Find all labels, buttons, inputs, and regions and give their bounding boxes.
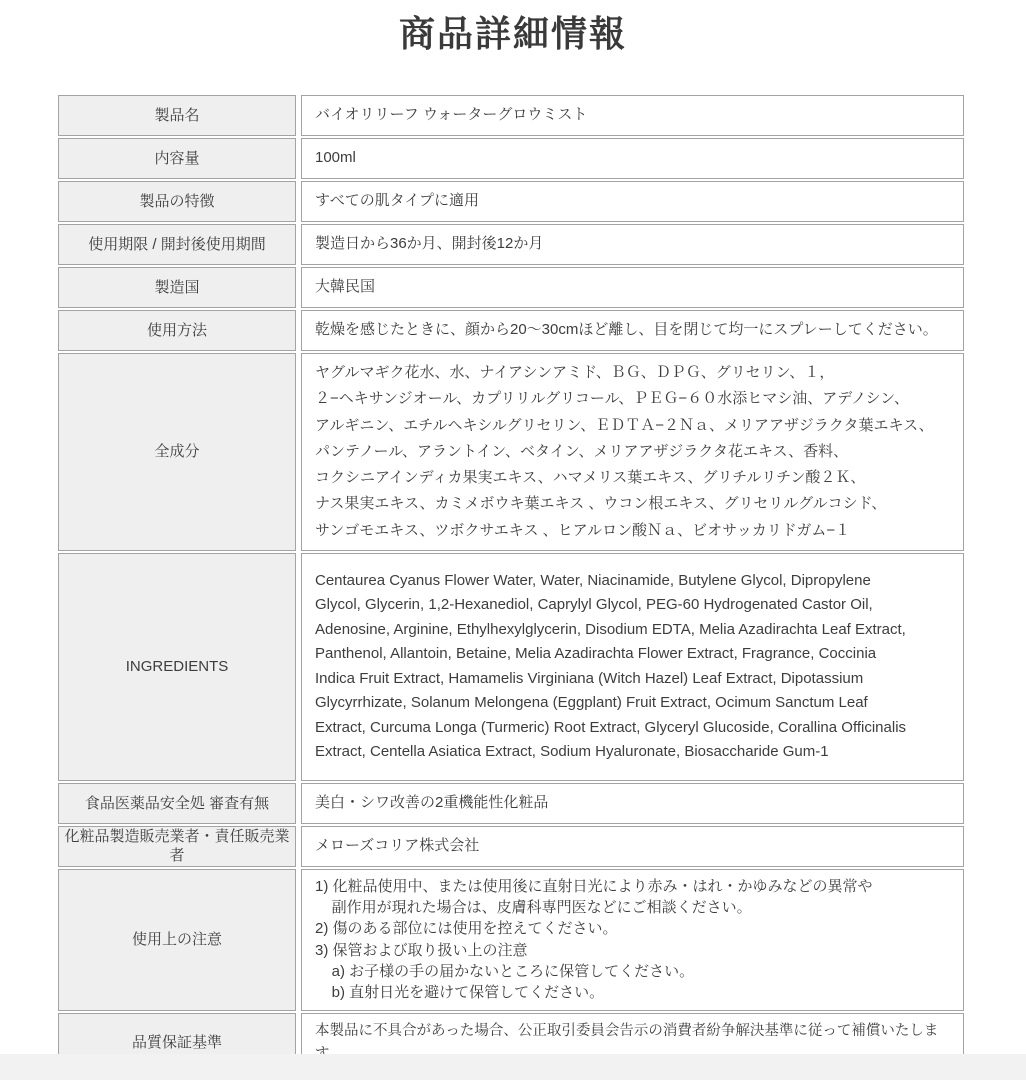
row-label: 内容量 [58, 138, 296, 179]
row-value: 1) 化粧品使用中、または使用後に直射日光により赤み・はれ・かゆみなどの異常や … [301, 869, 964, 1011]
row-value: 大韓民国 [301, 267, 964, 308]
row-value: 100ml [301, 138, 964, 179]
row-label: 製品の特徴 [58, 181, 296, 222]
row-label: 製造国 [58, 267, 296, 308]
table-row: 全成分ヤグルマギク花水、水、ナイアシンアミド、ＢＧ、ＤＰＧ、グリセリン、１， ２… [58, 353, 964, 551]
table-row: 内容量100ml [58, 138, 964, 179]
product-spec-table: 製品名バイオリリーフ ウォーターグロウミスト内容量100ml製品の特徴すべての肌… [58, 95, 964, 1074]
row-label: 使用方法 [58, 310, 296, 351]
row-label: 全成分 [58, 353, 296, 551]
row-value: ヤグルマギク花水、水、ナイアシンアミド、ＢＧ、ＤＰＧ、グリセリン、１， ２−ヘキ… [301, 353, 964, 551]
table-row: 製品の特徴すべての肌タイプに適用 [58, 181, 964, 222]
table-row: INGREDIENTSCentaurea Cyanus Flower Water… [58, 553, 964, 781]
row-label: 使用上の注意 [58, 869, 296, 1011]
page-title: 商品詳細情報 [0, 0, 1026, 57]
product-detail-page: 商品詳細情報 製品名バイオリリーフ ウォーターグロウミスト内容量100ml製品の… [0, 0, 1026, 1080]
row-value: Centaurea Cyanus Flower Water, Water, Ni… [301, 553, 964, 781]
table-row: 食品医薬品安全処 審査有無美白・シワ改善の2重機能性化粧品 [58, 783, 964, 824]
row-label: INGREDIENTS [58, 553, 296, 781]
row-value: 製造日から36か月、開封後12か月 [301, 224, 964, 265]
row-value: すべての肌タイプに適用 [301, 181, 964, 222]
table-row: 使用上の注意1) 化粧品使用中、または使用後に直射日光により赤み・はれ・かゆみな… [58, 869, 964, 1011]
table-row: 化粧品製造販売業者・責任販売業者メローズコリア株式会社 [58, 826, 964, 867]
row-value: バイオリリーフ ウォーターグロウミスト [301, 95, 964, 136]
row-label: 化粧品製造販売業者・責任販売業者 [58, 826, 296, 867]
row-value: メローズコリア株式会社 [301, 826, 964, 867]
row-value: 美白・シワ改善の2重機能性化粧品 [301, 783, 964, 824]
row-value: 乾燥を感じたときに、顔から20〜30cmほど離し、目を閉じて均一にスプレーしてく… [301, 310, 964, 351]
table-row: 使用方法乾燥を感じたときに、顔から20〜30cmほど離し、目を閉じて均一にスプレ… [58, 310, 964, 351]
row-label: 使用期限 / 開封後使用期間 [58, 224, 296, 265]
table-row: 製品名バイオリリーフ ウォーターグロウミスト [58, 95, 964, 136]
table-row: 製造国大韓民国 [58, 267, 964, 308]
row-label: 食品医薬品安全処 審査有無 [58, 783, 296, 824]
table-row: 使用期限 / 開封後使用期間製造日から36か月、開封後12か月 [58, 224, 964, 265]
bottom-band [0, 1054, 1026, 1080]
row-label: 製品名 [58, 95, 296, 136]
